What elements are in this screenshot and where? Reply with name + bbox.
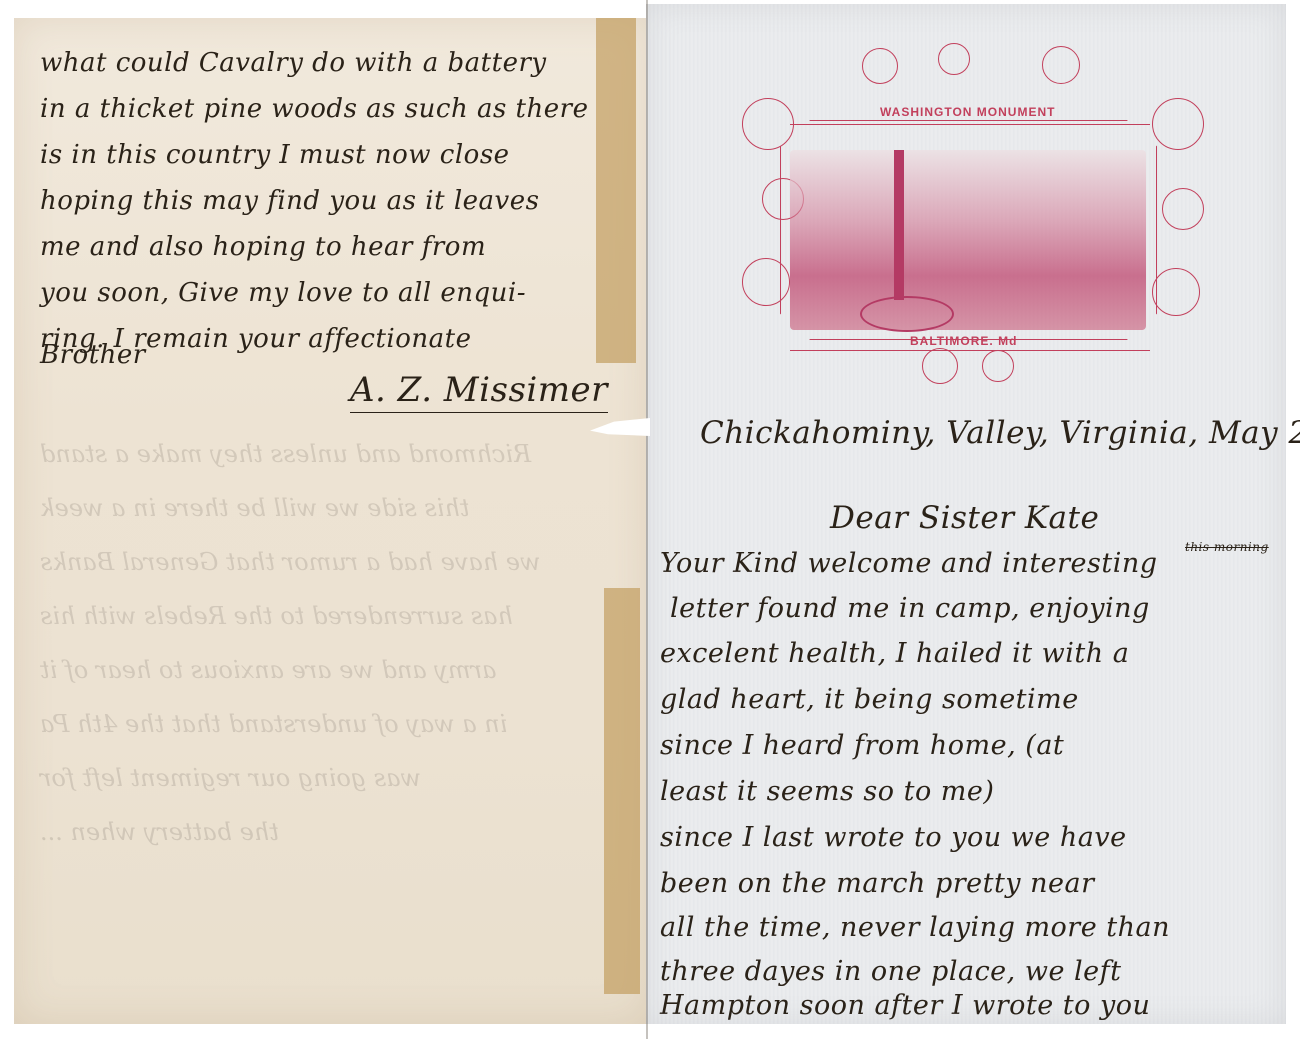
ornament-scroll xyxy=(862,48,898,84)
ornament-scroll xyxy=(938,43,970,75)
ornament-scroll xyxy=(1162,188,1204,230)
bleed-through-line: this side we will be there in a week xyxy=(40,494,469,522)
letter-line: what could Cavalry do with a battery xyxy=(40,48,547,78)
tape-strip-top xyxy=(596,18,636,363)
monument-column xyxy=(894,150,904,300)
letter-line: in a thicket pine woods as such as there xyxy=(40,94,588,124)
bleed-through-line: was going our regiment left for xyxy=(40,764,421,792)
bleed-through-line: in a way of understand that the 4th Pa xyxy=(40,710,507,738)
letter-line: since I heard from home, (at xyxy=(660,730,1064,761)
salutation: Dear Sister Kate xyxy=(830,500,1099,536)
bleed-through-line: we have had a rumor that General Banks xyxy=(40,548,541,576)
bleed-through-line: Richmond and unless they make a stand xyxy=(40,440,531,468)
letterhead-rule xyxy=(790,350,1150,351)
dateline: Chickahominy, Valley, Virginia, May 21st… xyxy=(700,415,1300,451)
ornament-scroll xyxy=(982,350,1014,382)
monument-base xyxy=(860,296,954,332)
ornament-scroll xyxy=(922,348,958,384)
ornament-scroll xyxy=(1042,46,1080,84)
letter-line: all the time, never laying more than xyxy=(660,912,1170,943)
ornament-scroll xyxy=(1152,98,1204,150)
signature: A. Z. Missimer xyxy=(350,370,608,413)
letter-line: least it seems so to me) xyxy=(660,776,994,807)
struck-text: this morning xyxy=(1185,540,1269,554)
letterhead-title: WASHINGTON MONUMENT xyxy=(880,105,1055,119)
closing-word: Brother xyxy=(40,340,146,370)
letter-line: since I last wrote to you we have xyxy=(660,822,1127,853)
bleed-through-line: army and we are anxious to hear of it xyxy=(40,656,496,684)
letter-line: is in this country I must now close xyxy=(40,140,510,170)
letter-line: been on the march pretty near xyxy=(660,868,1095,899)
letter-line: glad heart, it being sometime xyxy=(660,684,1079,715)
letter-line: excelent health, I hailed it with a xyxy=(660,638,1129,669)
letter-line: letter found me in camp, enjoying xyxy=(670,593,1150,624)
tape-strip-bottom xyxy=(604,588,640,994)
bleed-through-line: the battery when ... xyxy=(40,818,279,846)
letterhead-location: BALTIMORE. Md xyxy=(910,334,1017,348)
washington-monument-engraving xyxy=(790,150,1146,330)
letter-line: hoping this may find you as it leaves xyxy=(40,186,539,216)
letter-line: you soon, Give my love to all enqui- xyxy=(40,278,526,308)
letter-line: me and also hoping to hear from xyxy=(40,232,486,262)
letter-line: Hampton soon after I wrote to you xyxy=(660,990,1150,1021)
bleed-through-line: has surrendered to the Rebels with his xyxy=(40,602,513,630)
ornament-scroll xyxy=(1152,268,1200,316)
letter-line: Your Kind welcome and interesting xyxy=(660,548,1158,579)
page-fold xyxy=(646,0,648,1039)
letter-line: three dayes in one place, we left xyxy=(660,956,1121,987)
